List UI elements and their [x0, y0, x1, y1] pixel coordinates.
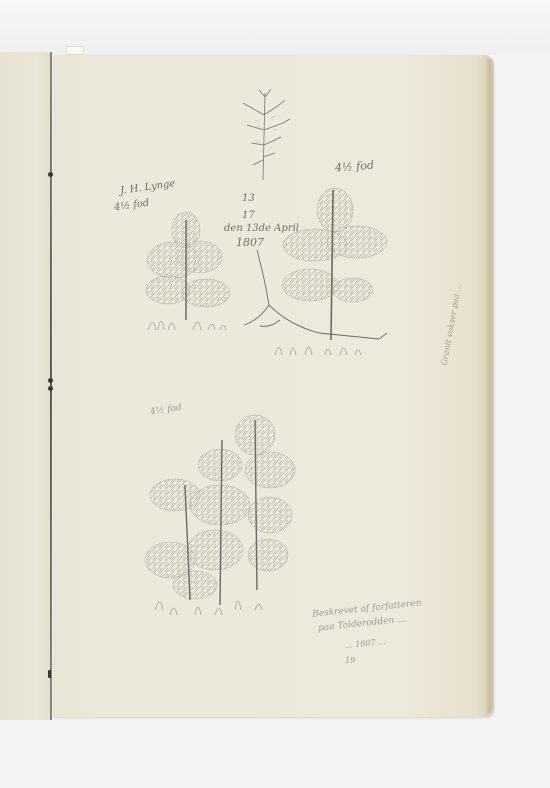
left-page [0, 52, 52, 720]
left-young-pine-drawing [138, 205, 238, 335]
binding-stitch [48, 670, 51, 678]
annotation-center-number-1: 13 [242, 193, 255, 204]
page-edge [486, 58, 494, 714]
right-young-pine-drawing [235, 180, 395, 360]
annotation-center-date: den 13de April [224, 223, 299, 234]
annotation-center-year: 1807 [236, 236, 264, 249]
paper-tab [66, 46, 84, 55]
small-sprig-drawing [235, 85, 295, 190]
annotation-center-number-2: 17 [242, 210, 255, 221]
annotation-top-right: 4½ fod [335, 159, 375, 175]
pine-cluster-drawing [140, 410, 300, 640]
annotation-bottom-line-4: 19 [345, 656, 355, 665]
